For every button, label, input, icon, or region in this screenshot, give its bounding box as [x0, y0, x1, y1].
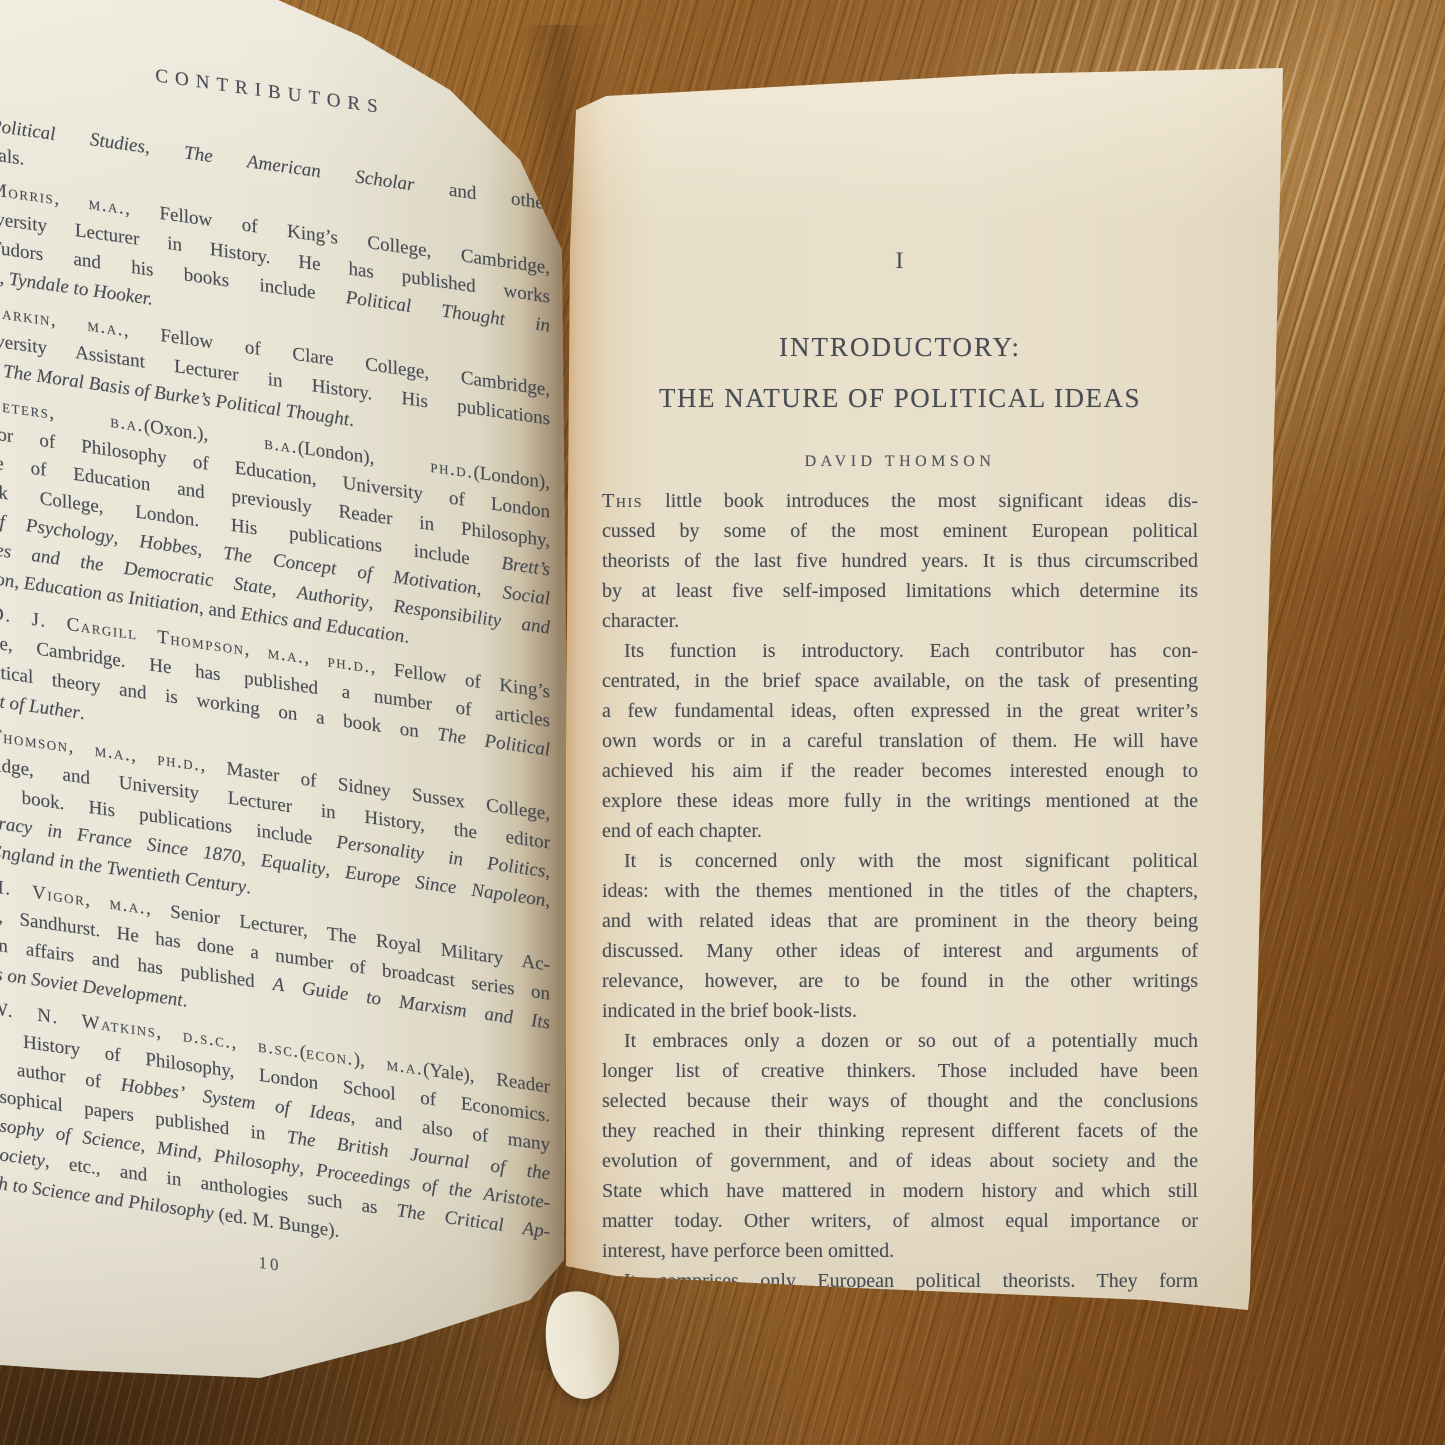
- paragraph: It is concerned only with the most signi…: [602, 846, 1198, 1026]
- author-name: DAVID THOMSON: [602, 451, 1198, 473]
- paragraph: Its function is introductory. Each contr…: [602, 636, 1198, 846]
- left-page-text: CONTRIBUTORS Political Studies, The Amer…: [0, 30, 550, 1318]
- left-page: CONTRIBUTORS Political Studies, The Amer…: [0, 0, 580, 1415]
- chapter-title-line2: THE NATURE OF POLITICAL IDEAS: [602, 381, 1198, 415]
- chapter-body: This little book introduces the most sig…: [602, 486, 1198, 1326]
- paragraph: It comprises only European political the…: [602, 1266, 1198, 1326]
- chapter-title-line1: INTRODUCTORY:: [602, 330, 1198, 364]
- right-page: I INTRODUCTORY: THE NATURE OF POLITICAL …: [556, 48, 1301, 1393]
- paragraph: It embraces only a dozen or so out of a …: [602, 1026, 1198, 1266]
- right-page-text: I INTRODUCTORY: THE NATURE OF POLITICAL …: [602, 230, 1198, 1390]
- page-number-right: 11: [602, 1360, 1198, 1390]
- paragraph: This little book introduces the most sig…: [602, 486, 1198, 636]
- photo-open-book-on-wood-table: CONTRIBUTORS Political Studies, The Amer…: [0, 0, 1445, 1445]
- chapter-number: I: [602, 246, 1198, 276]
